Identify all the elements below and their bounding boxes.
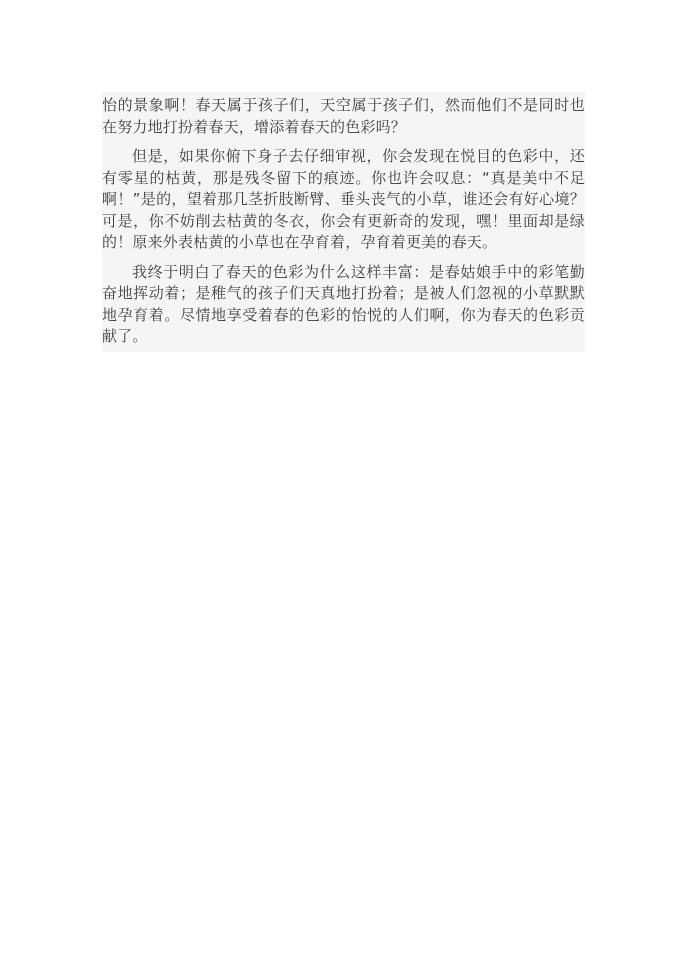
document-page: 怡的景象啊！春天属于孩子们，天空属于孩子们，然而他们不是同时也在努力地打扮着春天… — [0, 0, 690, 976]
article-paragraph: 但是，如果你俯下身子去仔细审视，你会发现在悦目的色彩中，还有零星的枯黄，那是残冬… — [102, 146, 585, 254]
article-paragraph: 我终于明白了春天的色彩为什么这样丰富：是春姑娘手中的彩笔勤奋地挥动着；是稚气的孩… — [102, 262, 585, 348]
article-paragraph: 怡的景象啊！春天属于孩子们，天空属于孩子们，然而他们不是同时也在努力地打扮着春天… — [102, 95, 585, 138]
article-text-block: 怡的景象啊！春天属于孩子们，天空属于孩子们，然而他们不是同时也在努力地打扮着春天… — [102, 92, 585, 352]
